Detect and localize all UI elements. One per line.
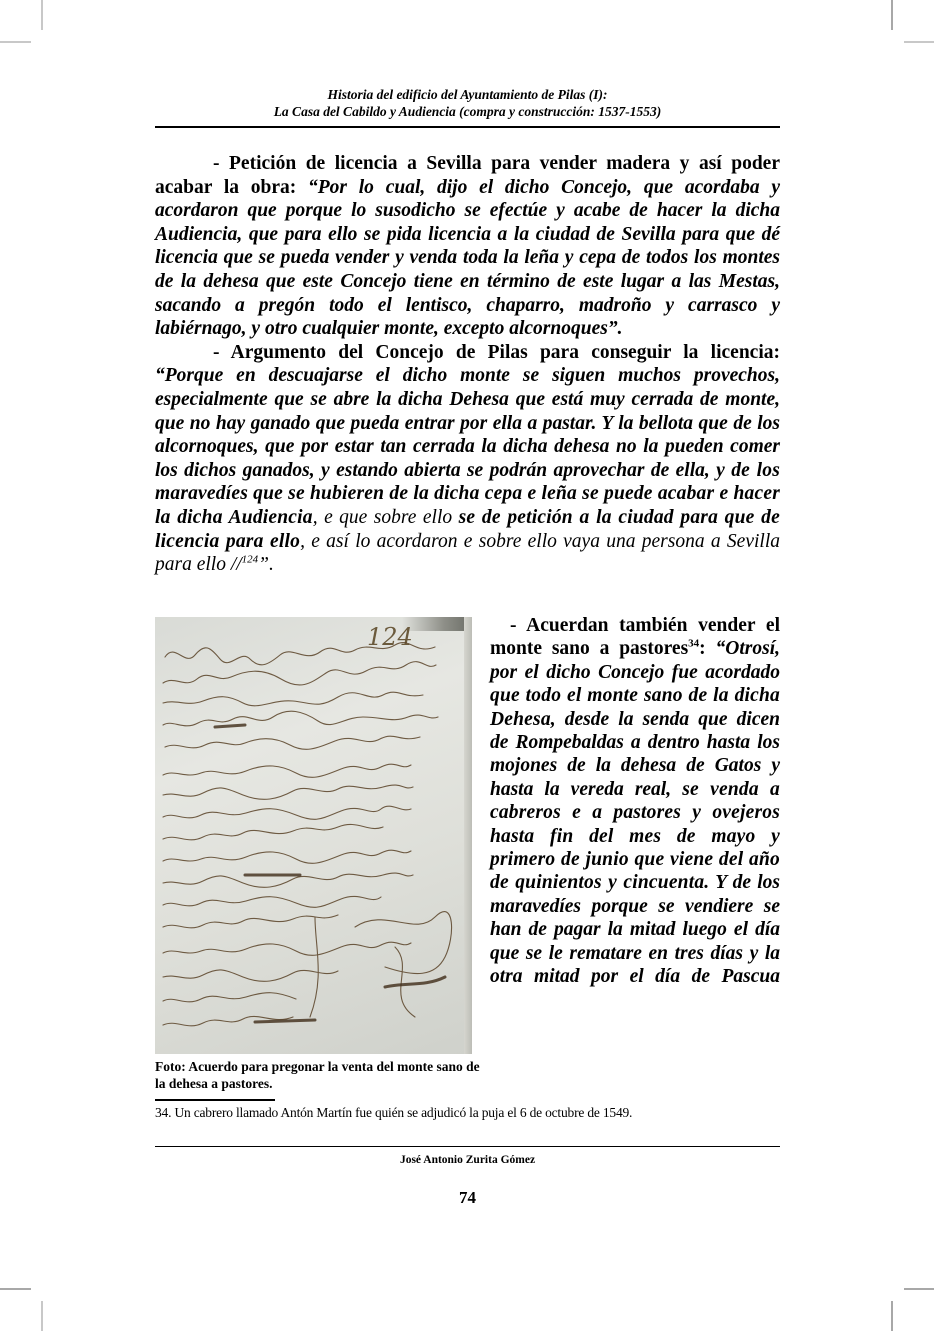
page-number: 74 — [155, 1188, 780, 1208]
crop-mark-top-left-h — [0, 41, 31, 43]
crop-mark-top-right-h — [904, 41, 934, 43]
paragraph-lead-end: : — [699, 638, 715, 659]
crop-mark-bottom-left-h — [0, 1288, 31, 1290]
body-text: - Petición de licencia a Sevilla para ve… — [155, 152, 780, 577]
quotation: , e que sobre ello — [313, 507, 459, 528]
crop-mark-bottom-left-v — [41, 1301, 43, 1331]
paragraph-lead: - Argumento del Concejo de Pilas para co… — [213, 342, 780, 363]
paragraph-council-argument: - Argumento del Concejo de Pilas para co… — [155, 341, 780, 577]
quotation: “Por lo cual, dijo el dicho Concejo, que… — [155, 177, 780, 340]
footnote-reference[interactable]: 34 — [688, 638, 699, 650]
footer-rule — [155, 1146, 780, 1147]
footnote-34: 34. Un cabrero llamado Antón Martín fue … — [155, 1104, 780, 1121]
folio-reference: 124 — [242, 554, 259, 566]
paragraph-pasture-sale-body: - Acuerdan también vender el monte sano … — [490, 614, 780, 989]
quotation: “Porque en descuajarse el dicho monte se… — [155, 365, 780, 480]
footnote-rule — [155, 1099, 275, 1101]
crop-mark-bottom-right-v — [891, 1301, 893, 1331]
crop-mark-top-left-v — [41, 0, 43, 30]
paragraph-licence-request: - Petición de licencia a Sevilla para ve… — [155, 152, 780, 341]
crop-mark-bottom-right-h — [904, 1288, 934, 1290]
quotation-end: ”. — [258, 554, 274, 575]
paragraph-pasture-sale: - Acuerdan también vender el monte sano … — [490, 614, 780, 989]
photo-caption: Foto: Acuerdo para pregonar la venta del… — [155, 1058, 485, 1092]
author-name: José Antonio Zurita Gómez — [155, 1153, 780, 1167]
running-head: Historia del edificio del Ayuntamiento d… — [155, 86, 780, 120]
running-head-line-2: La Casa del Cabildo y Audiencia (compra … — [155, 103, 780, 120]
running-head-line-1: Historia del edificio del Ayuntamiento d… — [155, 86, 780, 103]
manuscript-photo: 124 — [155, 617, 472, 1054]
handwriting-scribbles — [155, 617, 472, 1054]
crop-mark-top-right-v — [891, 0, 893, 30]
header-rule — [155, 126, 780, 128]
